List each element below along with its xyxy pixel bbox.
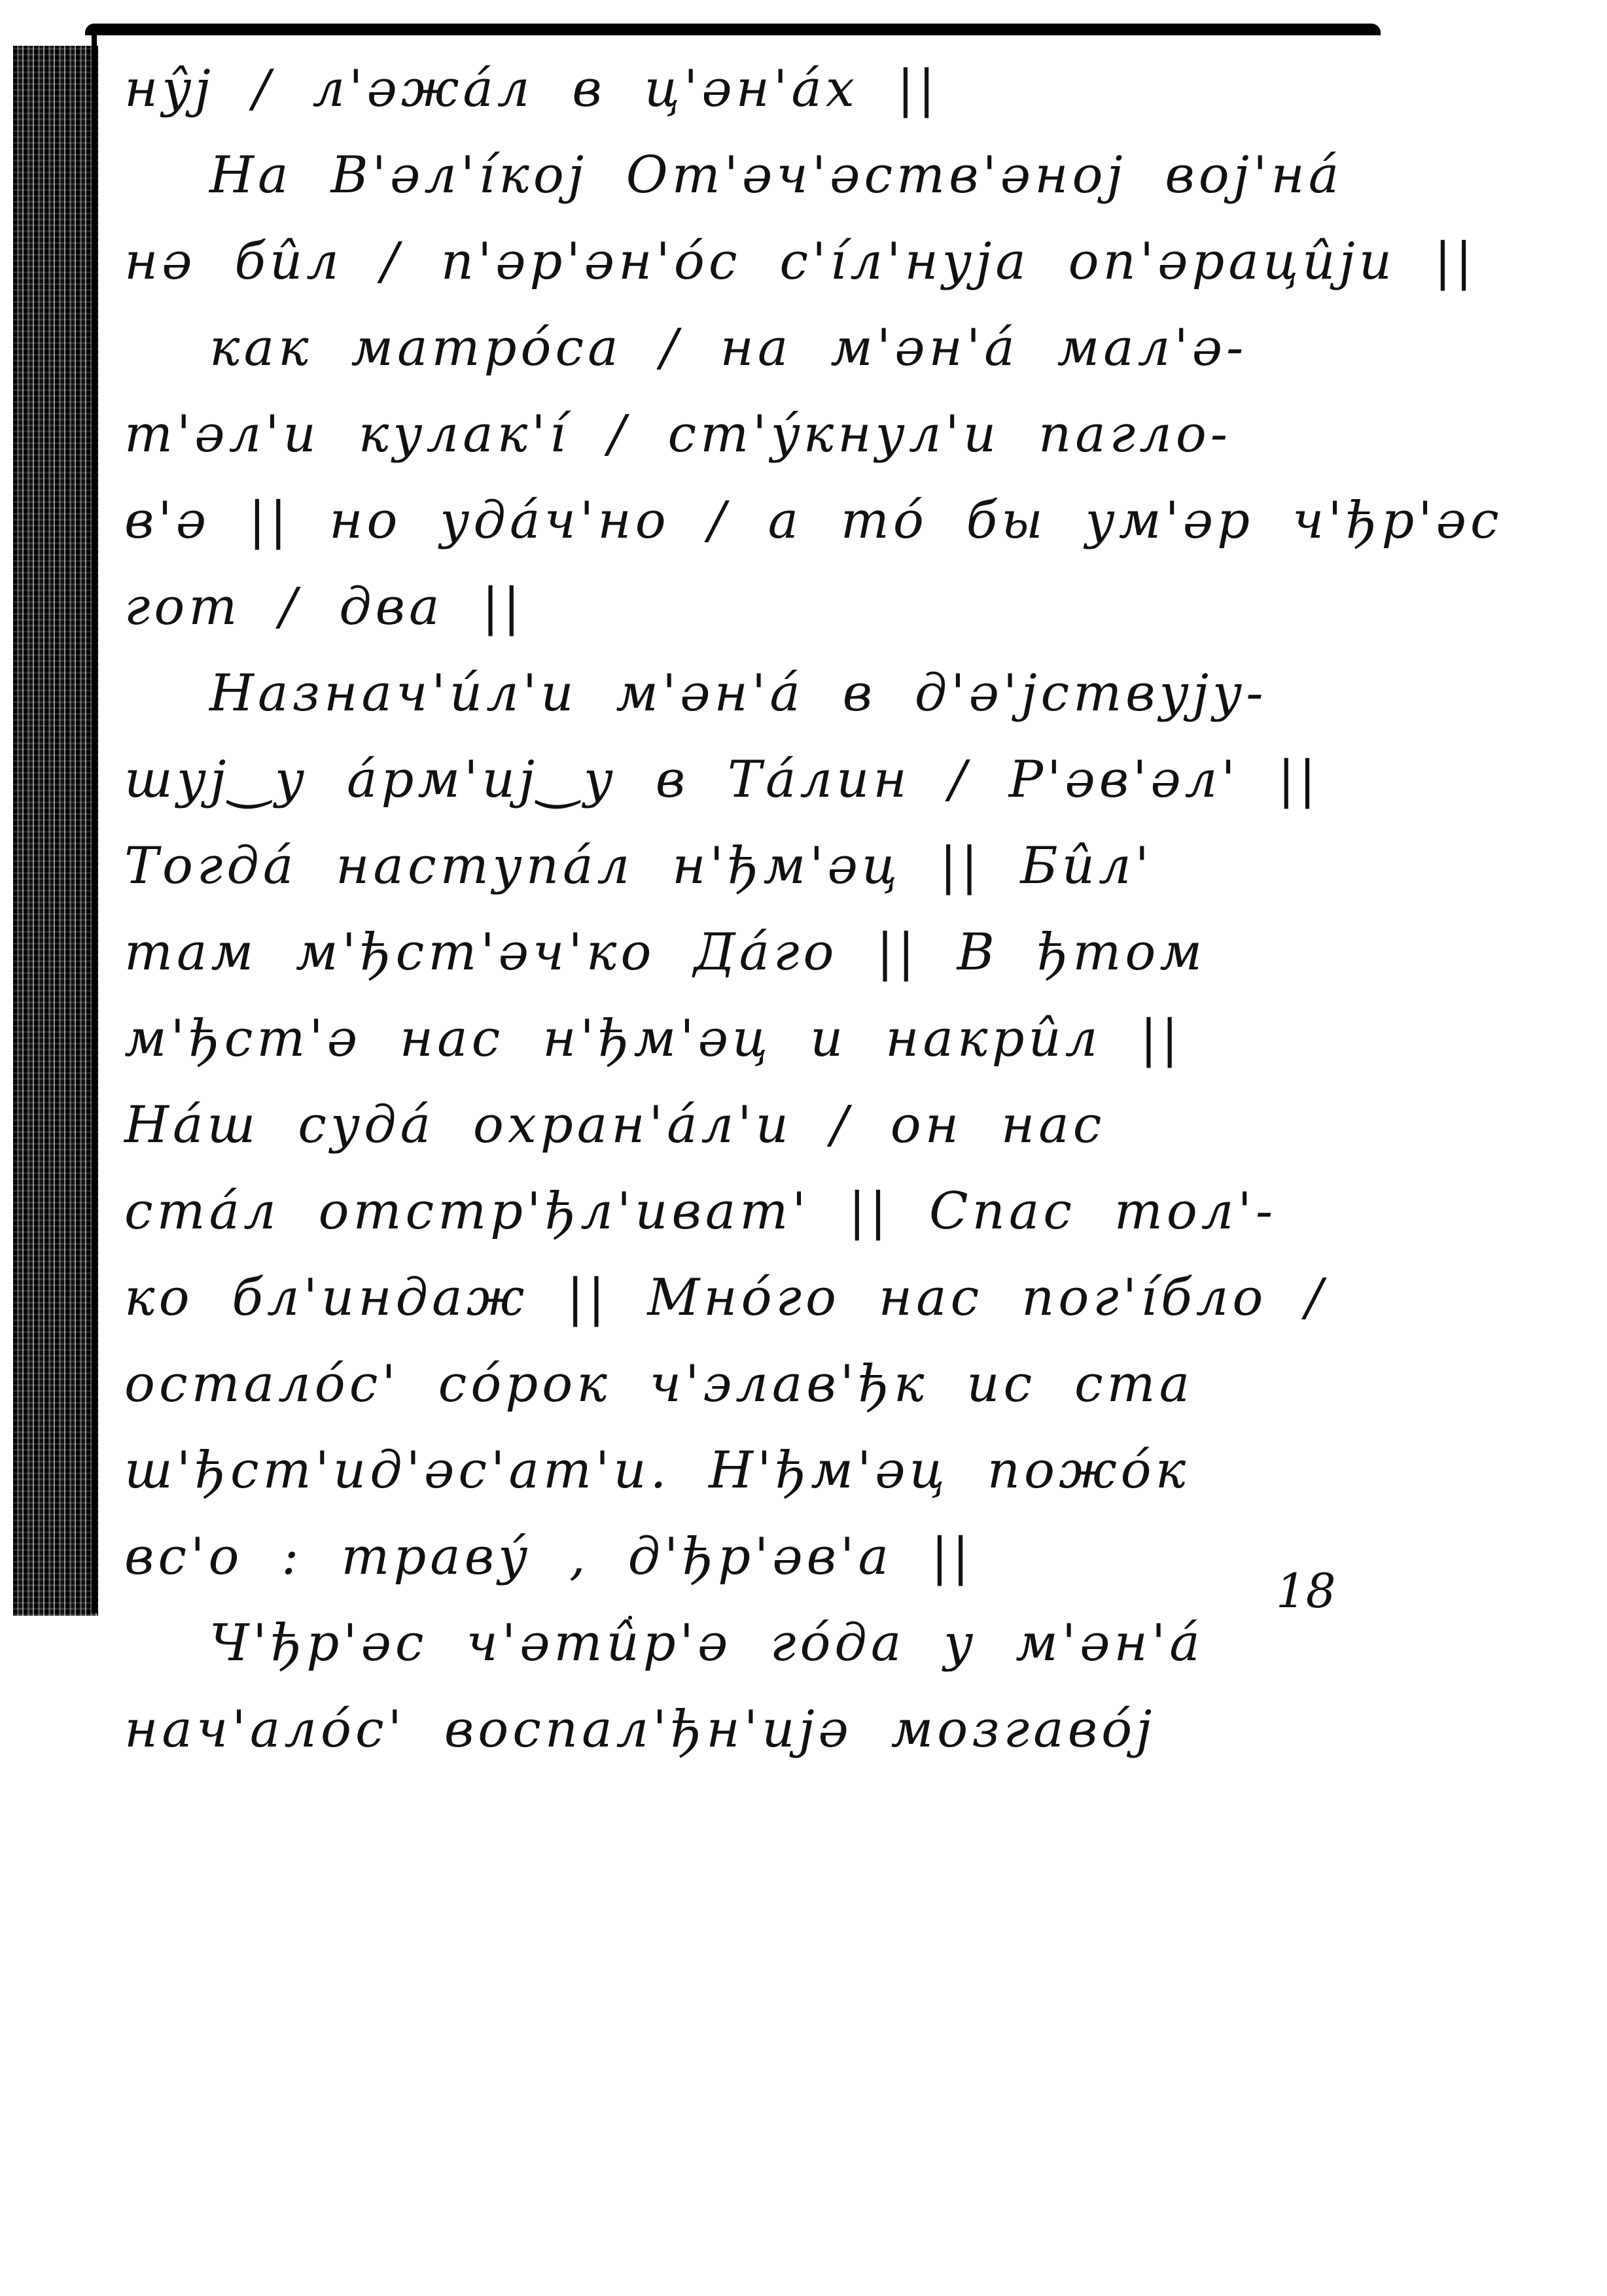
text-line: Нáш судá охран'áл'и / он нас [124, 1082, 1354, 1168]
page-top-border [85, 24, 1381, 35]
text-line: гот / два || [124, 564, 1354, 650]
text-line: шуј‿у áрм'иј‿у в Тáлин / Р'әв'әл' || [124, 737, 1354, 823]
binder-spine [13, 46, 98, 1616]
text-line: ш'ђст'ид'әс'ат'и. Н'ђм'әц пожóк [124, 1427, 1354, 1514]
text-line: Тогдá наступáл н'ђм'әц || Бûл' [124, 823, 1354, 909]
text-line: ко бл'индаж || Мнóго нас пог'íбло / [124, 1255, 1354, 1341]
text-line: осталóс' сóрок ч'элав'ђк ис ста [124, 1341, 1354, 1427]
scanned-page: нŷј / л'әжáл в ц'ән'áх || На В'әл'íкој О… [0, 0, 1607, 2296]
text-line: там м'ђст'әч'ко Дáго || В ђтом [124, 909, 1354, 996]
page-number: 18 [1276, 1563, 1336, 1618]
text-line: как матрóса / на м'ән'á мал'ә- [124, 305, 1354, 391]
text-line: т'әл'и кулак'í / ст'ýкнул'и пагло- [124, 391, 1354, 478]
page-left-border [92, 30, 97, 1613]
text-line: стáл отстр'ђл'иват' || Спас тол'- [124, 1168, 1354, 1255]
text-line: вс'о : травý , д'ђр'әв'а || [124, 1514, 1354, 1600]
text-line: нә бûл / п'әр'ән'óс с'íл'нуја оп'әрацûјu… [124, 218, 1354, 305]
scan-speck [628, 1616, 632, 1620]
text-line: Ч'ђр'әс ч'әтûр'ә гóда у м'ән'á [124, 1600, 1354, 1686]
text-line: нŷј / л'әжáл в ц'ән'áх || [124, 46, 1354, 132]
text-line: Назнач'úл'и м'ән'á в д'ә'јствују- [124, 650, 1354, 737]
text-line: На В'әл'íкој От'әч'әств'әној вој'нá [124, 132, 1354, 218]
text-line: м'ђст'ә нас н'ђм'әц и накрûл || [124, 996, 1354, 1082]
text-line: в'ә || но удáч'но / а тó бы ум'әр ч'ђр'ә… [124, 478, 1354, 564]
text-line: нач'алóс' воспал'ђн'ијә мозгавóј [124, 1686, 1354, 1773]
handwritten-text-block: нŷј / л'әжáл в ц'ән'áх || На В'әл'íкој О… [124, 46, 1354, 1773]
